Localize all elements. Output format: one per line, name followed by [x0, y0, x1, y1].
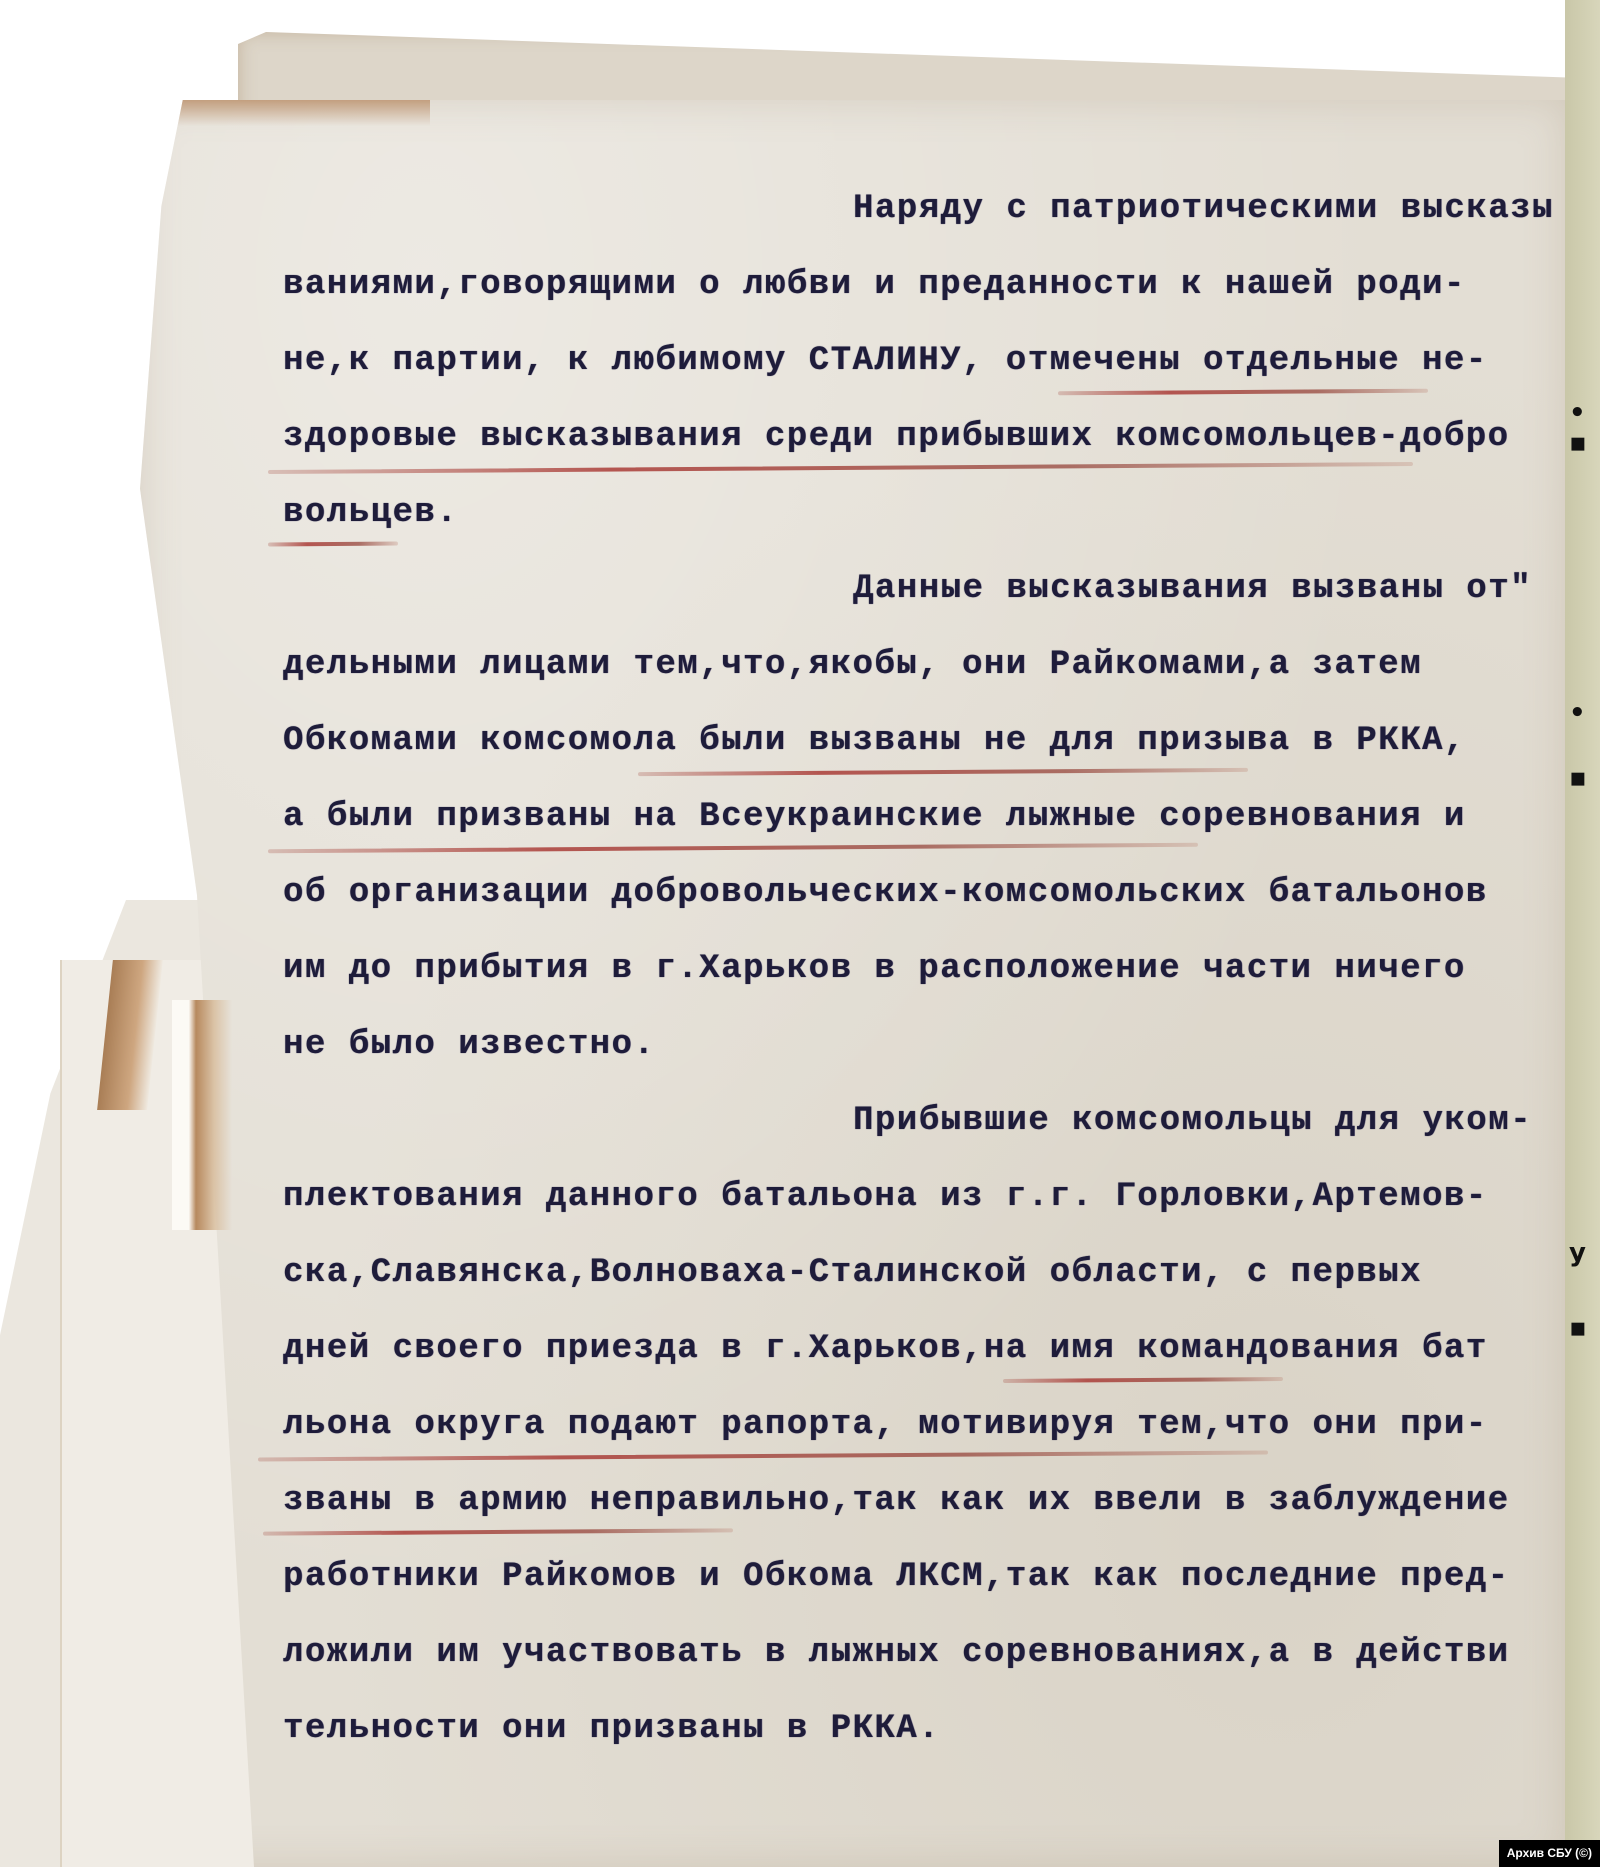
- rust-stain: [170, 100, 430, 126]
- margin-mark: ▪: [1569, 765, 1587, 791]
- typed-line: работники Райкомов и Обкома ЛКСМ,так как…: [283, 1558, 1510, 1596]
- typed-line: ваниями,говорящими о любви и преданности…: [283, 266, 1466, 304]
- typed-line: а были призваны на Всеукраинские лыжные …: [283, 798, 1466, 836]
- burn-stain: [172, 1000, 232, 1230]
- typed-line: не,к партии, к любимому СТАЛИНУ, отмечен…: [283, 342, 1488, 380]
- typed-line: вольцев.: [283, 494, 458, 532]
- typed-line: званы в армию неправильно,так как их вве…: [283, 1482, 1510, 1520]
- typed-line: льона округа подают рапорта, мотивируя т…: [283, 1406, 1488, 1444]
- typed-line: Прибывшие комсомольцы для уком-: [853, 1102, 1532, 1140]
- typed-line: дней своего приезда в г.Харьков,на имя к…: [283, 1330, 1488, 1368]
- archive-credit: Архив СБУ (©): [1499, 1840, 1600, 1867]
- adjacent-page-edge: •▪•▪у▪: [1565, 0, 1600, 1867]
- typed-line: ложили им участвовать в лыжных соревнова…: [283, 1634, 1510, 1672]
- typed-line: не было известно.: [283, 1026, 655, 1064]
- typed-line: Наряду с патриотическими высказы: [853, 190, 1554, 228]
- typed-line: об организации добровольческих-комсомоль…: [283, 874, 1488, 912]
- typed-line: плектования данного батальона из г.г. Го…: [283, 1178, 1488, 1216]
- typed-line: ска,Славянска,Волноваха-Сталинской облас…: [283, 1254, 1422, 1292]
- margin-mark: ▪: [1569, 1315, 1587, 1341]
- typed-line: тельности они призваны в РККА.: [283, 1710, 940, 1748]
- typed-line: Обкомами комсомола были вызваны не для п…: [283, 722, 1466, 760]
- margin-mark: ▪: [1569, 430, 1587, 456]
- margin-mark: •: [1569, 400, 1586, 426]
- typed-line: здоровые высказывания среди прибывших ко…: [283, 418, 1510, 456]
- typed-line: им до прибытия в г.Харьков в расположени…: [283, 950, 1466, 988]
- typed-line: дельными лицами тем,что,якобы, они Райко…: [283, 646, 1422, 684]
- margin-mark: у: [1569, 1240, 1586, 1266]
- typed-line: Данные высказывания вызваны от": [853, 570, 1532, 608]
- margin-mark: •: [1569, 700, 1586, 726]
